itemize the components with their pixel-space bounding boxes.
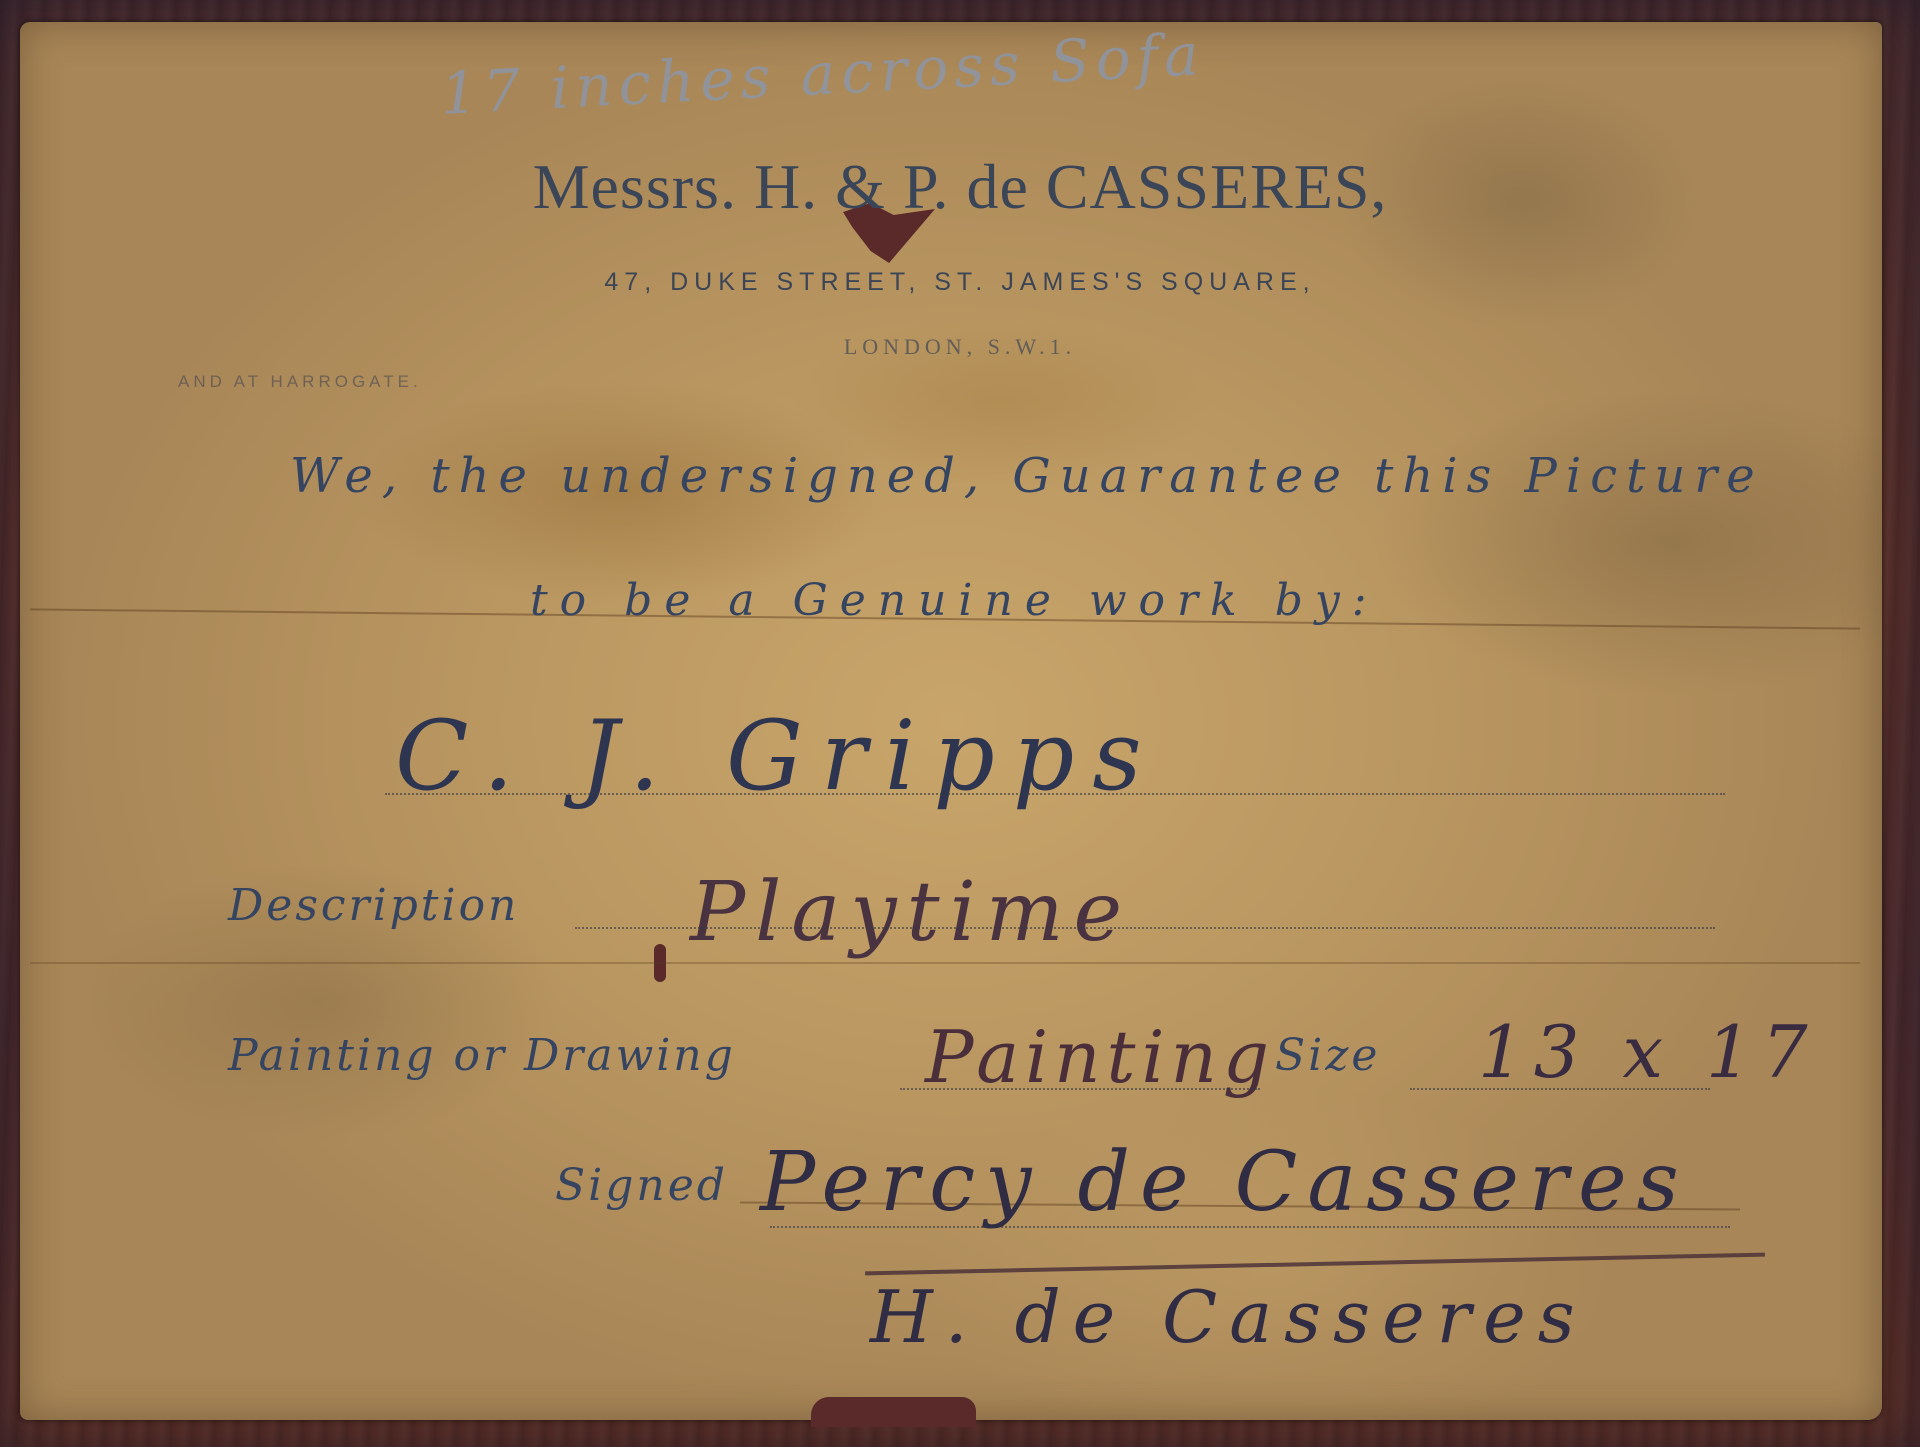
signed-dotted-line: [770, 1226, 1730, 1228]
artist-name: C. J. Gripps: [395, 700, 1160, 812]
medium-dotted-line: [900, 1088, 1260, 1090]
signed-label: Signed: [555, 1160, 728, 1211]
description-dotted-line: [575, 927, 1715, 929]
size-dotted-line: [1410, 1088, 1710, 1090]
description-value: Playtime: [690, 865, 1132, 960]
guarantee-line-2: to be a Genuine work by:: [530, 575, 1379, 626]
firm-branch: AND AT HARROGATE.: [178, 372, 422, 392]
size-value: 13 x 17: [1478, 1010, 1818, 1094]
artist-dotted-line: [385, 793, 1725, 795]
firm-address: 47, DUKE STREET, ST. JAMES'S SQUARE,: [0, 268, 1920, 297]
medium-label: Painting or Drawing: [228, 1030, 736, 1081]
signature-2: H. de Casseres: [870, 1275, 1587, 1359]
signature-1: Percy de Casseres: [760, 1135, 1689, 1230]
medium-value: Painting: [925, 1015, 1275, 1099]
size-label: Size: [1275, 1030, 1380, 1081]
paper-crease: [30, 962, 1860, 964]
firm-name: Messrs. H. & P. de CASSERES,: [0, 150, 1920, 224]
paper-tear-bottom: [811, 1397, 976, 1427]
description-label: Description: [228, 880, 519, 931]
guarantee-line-1: We, the undersigned, Guarantee this Pict…: [290, 448, 1764, 504]
firm-city: LONDON, S.W.1.: [0, 334, 1920, 360]
